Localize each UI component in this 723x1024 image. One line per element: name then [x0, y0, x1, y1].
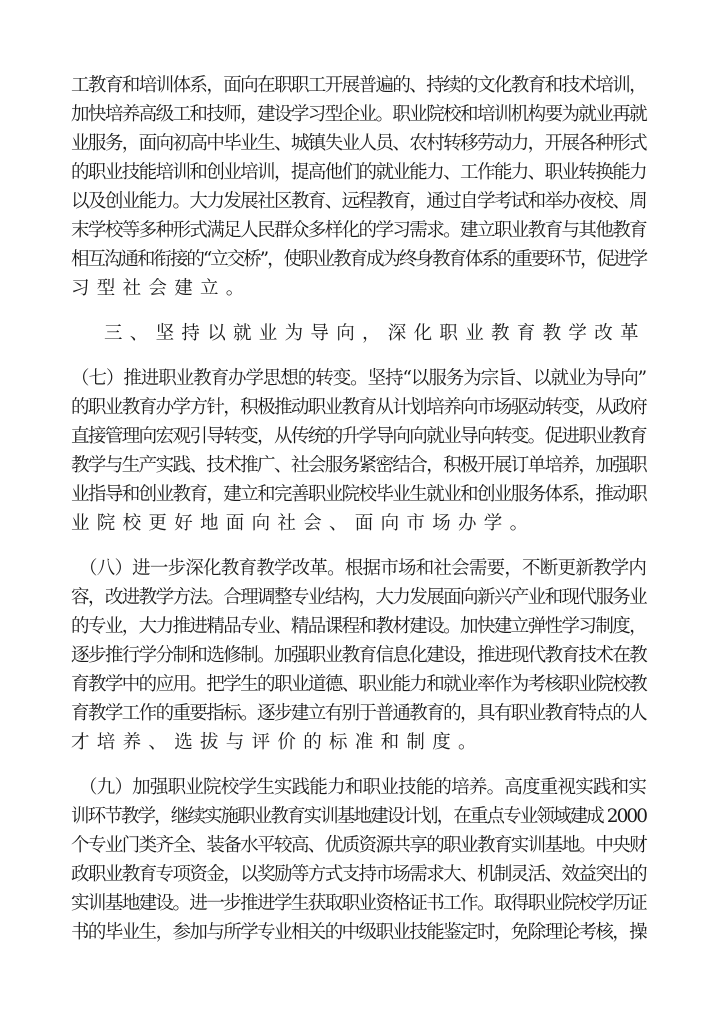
text-line: 育教学工作的重要指标。逐步建立有别于普通教育的，具有职业教育特点的人 [71, 699, 646, 728]
text-line: 相互沟通和衔接的“立交桥”，使职业教育成为终身教育体系的重要环节，促进学 [71, 245, 646, 274]
paragraph-item-7: （七）推进职业教育办学思想的转变。坚持“以服务为宗旨、以就业为导向” 的职业教育… [71, 364, 646, 538]
text-line: 加快培养高级工和技师，建设学习型企业。职业院校和培训机构要为就业再就 [71, 100, 646, 129]
paragraph-item-8: （八）进一步深化教育教学改革。根据市场和社会需要，不断更新教学内 容，改进教学方… [71, 554, 646, 757]
text-line: 教学与生产实践、技术推广、社会服务紧密结合，积极开展订单培养，加强职 [71, 451, 646, 480]
text-line: 容，改进教学方法。合理调整专业结构，大力发展面向新兴产业和现代服务业 [71, 583, 646, 612]
text-line: 的专业，大力推进精品专业、精品课程和教材建设。加快建立弹性学习制度， [71, 612, 646, 641]
text-line: （九）加强职业院校学生实践能力和职业技能的培养。高度重视实践和实 [71, 773, 646, 802]
document-page: 工教育和培训体系，面向在职职工开展普遍的、持续的文化教育和技术培训， 加快培养高… [71, 71, 646, 963]
text-line: 末学校等多种形式满足人民群众多样化的学习需求。建立职业教育与其他教育 [71, 216, 646, 245]
text-line: 直接管理向宏观引导转变，从传统的升学导向向就业导向转变。促进职业教育 [71, 422, 646, 451]
text-line: （八）进一步深化教育教学改革。根据市场和社会需要，不断更新教学内 [71, 554, 646, 583]
text-line: 的职业技能培训和创业培训，提高他们的就业能力、工作能力、职业转换能力 [71, 158, 646, 187]
text-line: 业院校更好地面向社会、面向市场办学。 [71, 509, 646, 538]
text-line: 书的毕业生，参加与所学专业相关的中级职业技能鉴定时，免除理论考核，操 [71, 918, 646, 947]
text-line: 训环节教学，继续实施职业教育实训基地建设计划，在重点专业领域建成 2000 [71, 802, 646, 831]
text-line: 育教学中的应用。把学生的职业道德、职业能力和就业率作为考核职业院校教 [71, 670, 646, 699]
text-line: 工教育和培训体系，面向在职职工开展普遍的、持续的文化教育和技术培训， [71, 71, 646, 100]
text-line: 业指导和创业教育，建立和完善职业院校毕业生就业和创业服务体系，推动职 [71, 480, 646, 509]
section-heading: 三、坚持以就业为导向，深化职业教育教学改革 [71, 319, 646, 348]
text-line: 实训基地建设。进一步推进学生获取职业资格证书工作。取得职业院校学历证 [71, 889, 646, 918]
text-line: 个专业门类齐全、装备水平较高、优质资源共享的职业教育实训基地。中央财 [71, 831, 646, 860]
text-line: 的职业教育办学方针，积极推动职业教育从计划培养向市场驱动转变，从政府 [71, 393, 646, 422]
text-line: 政职业教育专项资金，以奖励等方式支持市场需求大、机制灵活、效益突出的 [71, 860, 646, 889]
text-line: （七）推进职业教育办学思想的转变。坚持“以服务为宗旨、以就业为导向” [71, 364, 646, 393]
text-line: 业服务，面向初高中毕业生、城镇失业人员、农村转移劳动力，开展各种形式 [71, 129, 646, 158]
paragraph-item-9: （九）加强职业院校学生实践能力和职业技能的培养。高度重视实践和实 训环节教学，继… [71, 773, 646, 947]
paragraph-continuation: 工教育和培训体系，面向在职职工开展普遍的、持续的文化教育和技术培训， 加快培养高… [71, 71, 646, 303]
text-line: 才培养、选拔与评价的标准和制度。 [71, 728, 646, 757]
text-line: 习型社会建立。 [71, 274, 646, 303]
text-line: 以及创业能力。大力发展社区教育、远程教育，通过自学考试和举办夜校、周 [71, 187, 646, 216]
text-line: 逐步推行学分制和选修制。加强职业教育信息化建设，推进现代教育技术在教 [71, 641, 646, 670]
